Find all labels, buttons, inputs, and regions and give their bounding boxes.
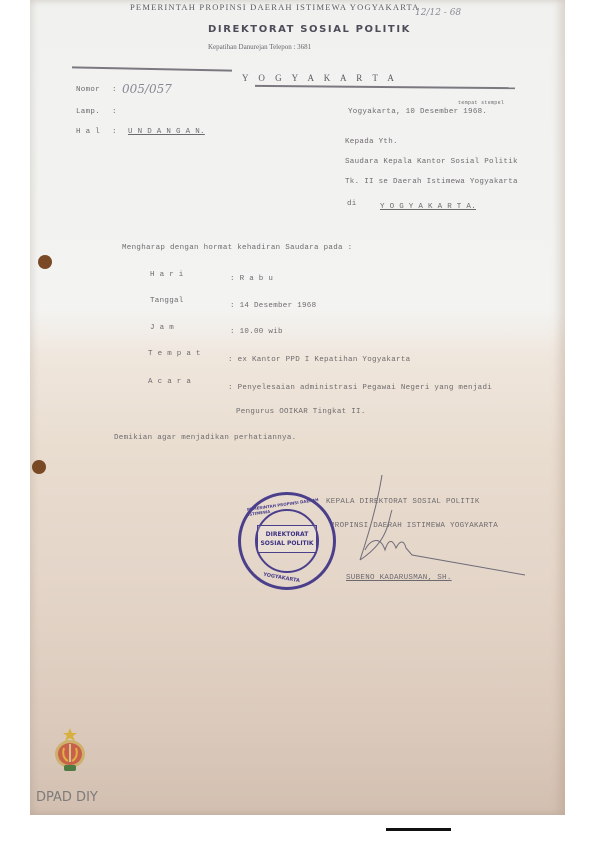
detail-value-tanggal: : 14 Desember 1968 [230,302,316,310]
signature-scribble [330,470,530,585]
lamp-colon: : [112,108,117,116]
detail-label-hari: H a r i [150,271,184,279]
stamp-center-box: DIREKTORAT SOSIAL POLITIK [257,525,317,553]
addressee-city: Y O G Y A K A R T A. [380,203,476,211]
detail-value-acara-cont: Pengurus OOIKAR Tingkat II. [236,408,366,416]
diy-coat-of-arms-icon [52,728,88,776]
page-scale-bar [386,828,451,831]
addressee-line-2: Saudara Kepala Kantor Sosial Politik [345,158,518,166]
nomor-label: Nomor [76,86,100,94]
hal-label: H a l [76,128,100,136]
hal-value: U N D A N G A N. [128,128,205,136]
stamp-center-line-2: SOSIAL POLITIK [260,539,313,548]
stamp-ring-bottom-text: YOGYAKARTA [263,572,300,584]
lamp-label: Lamp. [76,108,100,116]
punch-hole-top [38,255,52,269]
detail-value-hari: : R a b u [230,275,273,283]
invitation-intro: Mengharap dengan hormat kehadiran Saudar… [122,244,352,252]
addressee-di: di [347,200,357,208]
closing-sentence: Demikian agar menjadikan perhatiannya. [114,434,296,442]
nomor-colon: : [112,86,117,94]
letterhead-directorate: DIREKTORAT SOSIAL POLITIK [208,24,411,35]
watermark-text: DPAD DIY [36,790,98,805]
detail-label-tempat: T e m p a t [148,350,201,358]
letterhead-city: Y O G Y A K A R T A [242,73,398,83]
signatory-name: SUBENO KADARUSMAN, SH. [346,574,452,582]
nomor-value: 005/057 [122,82,172,96]
official-stamp: PEMERINTAH PROPINSI DAERAH ISTIMEWA DIRE… [238,492,336,590]
detail-label-tanggal: Tanggal [150,297,184,305]
detail-value-tempat: : ex Kantor PPD I Kepatihan Yogyakarta [228,356,410,364]
detail-value-acara: : Penyelesaian administrasi Pegawai Nege… [228,384,492,392]
place-date: Yogyakarta, 10 Desember 1968. [348,108,487,116]
punch-hole-bottom [32,460,46,474]
hal-colon: : [112,128,117,136]
addressee-line-3: Tk. II se Daerah Istimewa Yogyakarta [345,178,518,186]
letterhead-address: Kepatihan Danurejan Telepon : 3681 [208,43,311,51]
stamp-place-note: tempat stempel [458,100,504,106]
detail-value-jam: : 10.00 wib [230,328,283,336]
letterhead-government: PEMERINTAH PROPINSI DAERAH ISTIMEWA YOGY… [130,2,420,12]
detail-label-jam: J a m [150,324,174,332]
detail-label-acara: A c a r a [148,378,191,386]
stamp-center-line-1: DIREKTORAT [266,530,309,539]
addressee-greeting: Kepada Yth. [345,138,398,146]
handwritten-date-note: 12/12 - 68 [415,8,461,18]
